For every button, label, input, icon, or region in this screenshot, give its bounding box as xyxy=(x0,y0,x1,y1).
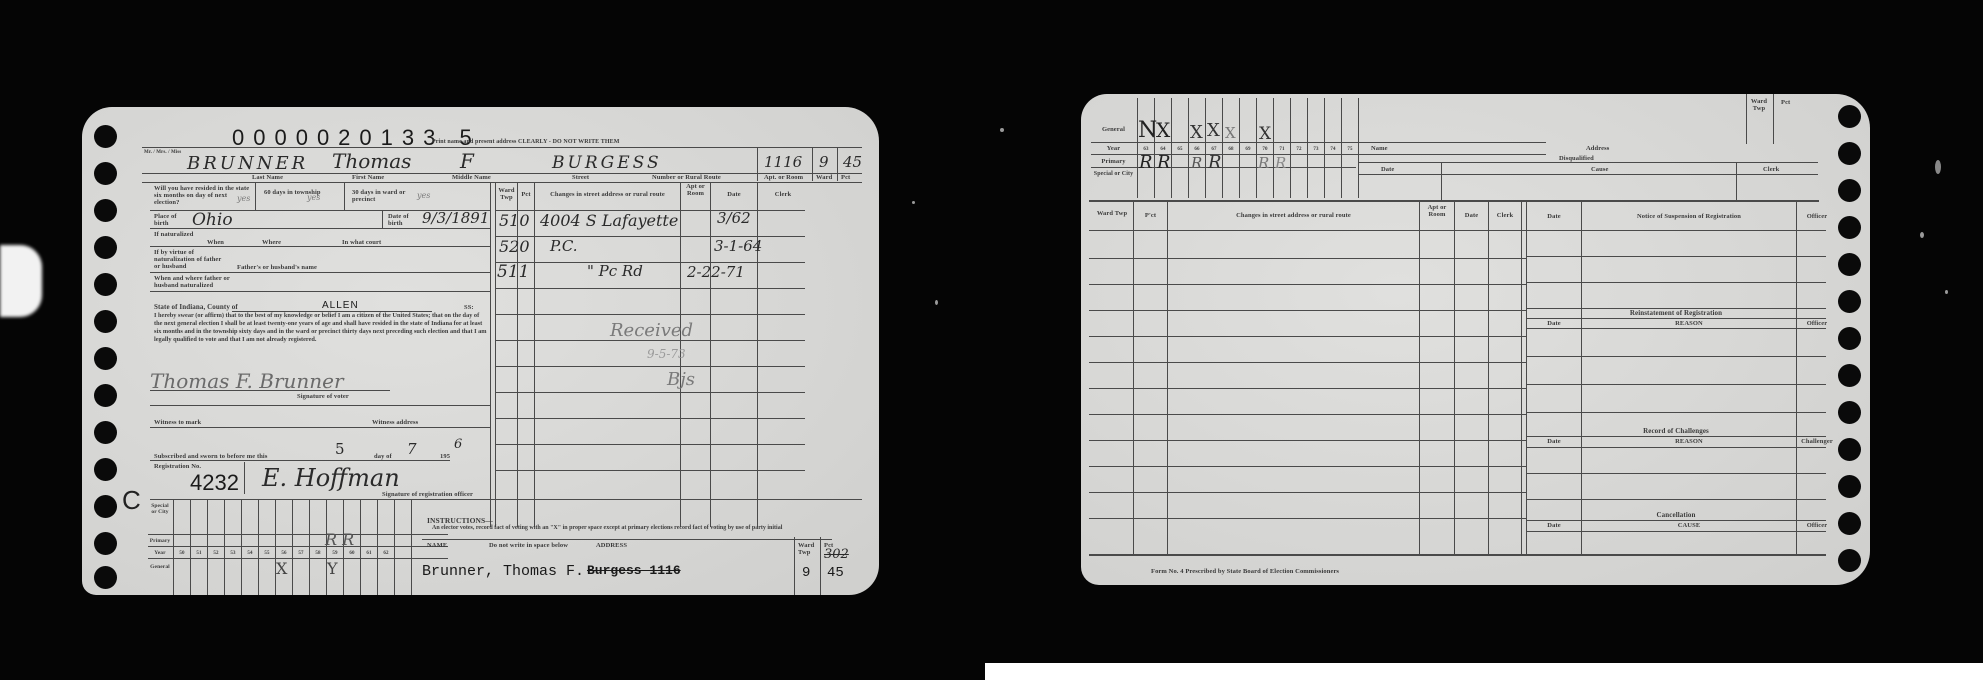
col-pct: P'ct xyxy=(1134,212,1167,219)
stub-typed-name: Brunner, Thomas F. xyxy=(422,563,584,580)
cell-note: Received xyxy=(610,320,693,341)
label-last-name: Last Name xyxy=(252,174,283,181)
label-registration-no: Registration No. xyxy=(154,463,201,470)
label-clerk: Clerk xyxy=(1763,166,1779,173)
cell-ward: 520 xyxy=(499,237,530,256)
suspension-col-officer: Officer xyxy=(1797,213,1837,220)
street-name: BURGESS xyxy=(552,153,662,173)
primary-mark: R xyxy=(1208,152,1222,173)
year-cell: 68 xyxy=(1223,146,1239,153)
dust-speck xyxy=(912,201,915,204)
col-clerk: Clerk xyxy=(1489,212,1521,219)
voter-registration-card-front: C 0000020133 5 Print name and present ad… xyxy=(82,107,879,595)
year-cell: 69 xyxy=(1240,146,1256,153)
dust-speck xyxy=(1920,232,1924,238)
oath-text: I hereby swear (or affirm) that to the b… xyxy=(154,312,488,344)
year-cell: 60 xyxy=(344,550,360,557)
punch-hole xyxy=(94,566,117,589)
primary-mark: R xyxy=(1157,152,1171,173)
year-cell: 57 xyxy=(293,550,309,557)
punch-hole xyxy=(94,421,117,444)
scan-border xyxy=(985,663,1983,680)
col-clerk: Clerk xyxy=(758,191,808,198)
year-cell: 55 xyxy=(259,550,275,557)
label-cause: Cause xyxy=(1591,166,1608,173)
year-cell: 51 xyxy=(191,550,207,557)
col-pct: Pct xyxy=(518,191,534,198)
label-when-where: When and where father or husband natural… xyxy=(154,275,234,289)
general-x-mark: N xyxy=(1138,118,1157,143)
cell-date: 3/62 xyxy=(717,209,751,227)
primary-mark: R xyxy=(1258,154,1269,172)
col-changes: Changes in street address or rural route xyxy=(1168,212,1419,219)
label-date-of-birth: Date of birth xyxy=(388,213,416,227)
row-general: General xyxy=(148,564,172,571)
year-cell: 50 xyxy=(174,550,190,557)
year-cell: 70 xyxy=(1257,146,1273,153)
label-father-name: Father's or husband's name xyxy=(237,264,317,271)
col-date: Date xyxy=(1455,212,1488,219)
label-ward-twp: Ward Twp xyxy=(1749,98,1769,112)
instructions-title: INSTRUCTIONS— xyxy=(427,517,493,524)
q-ward: 30 days in ward or precinct xyxy=(352,189,422,203)
general-x-mark: X xyxy=(1207,120,1220,141)
label-place-of-birth: Place of birth xyxy=(154,213,184,227)
year-cell: 71 xyxy=(1274,146,1290,153)
general-x-mark: X xyxy=(1156,118,1170,142)
label-witness-mark: Witness to mark xyxy=(154,419,201,426)
col-apt: Apt or Room xyxy=(1420,204,1454,218)
punch-hole xyxy=(1838,475,1861,498)
stub-pct-old: 302 xyxy=(824,547,849,562)
general-x-mark: X xyxy=(1190,122,1203,143)
year-cell: 66 xyxy=(1189,146,1205,153)
cell-address: P.C. xyxy=(550,237,578,255)
punch-hole xyxy=(94,199,117,222)
suspension-col-date: Date xyxy=(1527,213,1581,220)
cancellation-col-date: Date xyxy=(1527,522,1581,529)
challenges-title: Record of Challenges xyxy=(1526,428,1826,435)
reinstatement-col-officer: Officer xyxy=(1797,320,1837,327)
first-name: Thomas xyxy=(332,149,411,173)
cell-ward: 511 xyxy=(497,262,529,282)
row-general: General xyxy=(1091,126,1136,133)
label-where: Where xyxy=(262,239,281,246)
punch-hole xyxy=(94,384,117,407)
sworn-month: 7 xyxy=(407,440,417,458)
row-special: Special or City xyxy=(1091,171,1136,178)
stub-typed-address: Burgess 1116 xyxy=(587,563,681,578)
label-ss: SS: xyxy=(464,304,474,311)
cell-ward: 510 xyxy=(499,211,530,230)
cell-address: " Pc Rd xyxy=(587,262,643,280)
dust-speck xyxy=(1000,128,1004,132)
punch-hole xyxy=(1838,216,1861,239)
stub-pct: 45 xyxy=(827,565,844,581)
col-date: Date xyxy=(711,191,757,198)
label-pct: Pct xyxy=(841,174,850,181)
cell-note: 9-5-73 xyxy=(647,347,686,361)
a-township: yes xyxy=(307,193,320,202)
challenges-col-date: Date xyxy=(1527,438,1581,445)
primary-mark: R xyxy=(1139,152,1153,173)
label-ward: Ward xyxy=(816,174,832,181)
label-address: Address xyxy=(1586,145,1609,152)
year-cell: 74 xyxy=(1325,146,1341,153)
general-x-mark: X xyxy=(1259,124,1271,144)
label-subscribed: Subscribed and sworn to before me this xyxy=(154,453,267,460)
year-cell: 58 xyxy=(310,550,326,557)
margin-letter: C xyxy=(122,485,141,516)
col-ward-twp: Ward Twp xyxy=(1091,210,1133,217)
header-instruction: Print name and present address CLEARLY -… xyxy=(432,139,620,146)
county: ALLEN xyxy=(322,300,359,311)
suspension-col-notice: Notice of Suspension of Registration xyxy=(1582,213,1796,220)
punch-hole xyxy=(94,125,117,148)
punch-hole xyxy=(1838,512,1861,535)
dust-speck xyxy=(935,300,938,305)
stub-ward-label: Ward Twp xyxy=(798,542,818,556)
label-pct: Pct xyxy=(1781,99,1790,106)
row-primary: Primary xyxy=(148,538,172,545)
punch-hole xyxy=(1838,327,1861,350)
label-virtue: If by virtue of naturalization of father… xyxy=(154,249,229,270)
title-prefix: Mr. / Mrs. / Miss xyxy=(144,150,156,156)
dust-speck xyxy=(1945,290,1948,294)
label-disqualified: Disqualified xyxy=(1559,155,1594,162)
punch-hole xyxy=(1838,438,1861,461)
sworn-year-prefix: 195 xyxy=(440,453,450,460)
reinstatement-col-reason: REASON xyxy=(1582,320,1796,327)
punch-hole xyxy=(94,236,117,259)
year-cell: 59 xyxy=(327,550,343,557)
punch-hole xyxy=(94,162,117,185)
sworn-year-suffix: 6 xyxy=(454,437,462,452)
cell-note: Bjs xyxy=(667,369,695,390)
last-name: BRUNNER xyxy=(187,153,308,174)
a-ward: yes xyxy=(417,191,430,200)
label-date: Date xyxy=(1381,166,1394,173)
punch-hole xyxy=(94,273,117,296)
row-primary: Primary xyxy=(1091,158,1136,165)
punch-hole xyxy=(94,347,117,370)
label-middle-name: Middle Name xyxy=(452,174,491,181)
col-apt: Apt or Room xyxy=(681,183,710,197)
label-voter-signature: Signature of voter xyxy=(297,393,349,400)
instructions-text: An elector votes, record fact of voting … xyxy=(432,525,842,532)
general-x-mark: X xyxy=(1225,124,1236,142)
cancellation-col-officer: Officer xyxy=(1797,522,1837,529)
year-cell: 75 xyxy=(1342,146,1358,153)
punch-hole xyxy=(1838,401,1861,424)
row-year: Year xyxy=(1091,145,1136,152)
label-state-county: State of Indiana, County of xyxy=(154,304,238,311)
label-if-naturalized: If naturalized xyxy=(154,231,194,238)
punch-hole xyxy=(1838,105,1861,128)
challenges-col-challenger: Challenger xyxy=(1797,438,1837,445)
stub-address-label: ADDRESS xyxy=(596,542,627,549)
general-x-mark: Y xyxy=(327,559,338,578)
year-cell: 53 xyxy=(225,550,241,557)
cancellation-col-cause: CAUSE xyxy=(1582,522,1796,529)
reinstatement-col-date: Date xyxy=(1527,320,1581,327)
officer-signature: E. Hoffman xyxy=(262,464,400,492)
light-glare xyxy=(0,245,42,317)
date-of-birth: 9/3/1891 xyxy=(422,209,489,227)
label-first-name: First Name xyxy=(352,174,384,181)
precinct: 45 xyxy=(843,153,862,171)
year-cell: 62 xyxy=(378,550,394,557)
punch-hole xyxy=(1838,253,1861,276)
year-cell: 72 xyxy=(1291,146,1307,153)
year-cell: 65 xyxy=(1172,146,1188,153)
punch-hole xyxy=(94,458,117,481)
a-residency-state: yes xyxy=(237,194,250,203)
registration-number: 4232 xyxy=(190,470,239,496)
cell-address: 4004 S Lafayette xyxy=(540,211,678,230)
year-cell: 61 xyxy=(361,550,377,557)
label-apt: Apt. or Room xyxy=(764,174,803,181)
house-number: 1116 xyxy=(764,153,802,171)
label-number: Number or Rural Route xyxy=(652,174,721,181)
year-cell: 73 xyxy=(1308,146,1324,153)
punch-hole xyxy=(1838,179,1861,202)
middle-initial: F xyxy=(460,149,474,173)
col-changes: Changes in street address or rural route xyxy=(535,191,680,198)
stub-do-not-write: Do not write in space below xyxy=(489,542,568,549)
punch-hole xyxy=(1838,290,1861,313)
sworn-day: 5 xyxy=(335,440,345,458)
primary-marks: R R xyxy=(325,530,354,549)
punch-hole xyxy=(1838,364,1861,387)
primary-mark: R xyxy=(1275,154,1286,172)
row-special: Special or City xyxy=(148,503,172,515)
punch-hole xyxy=(1838,142,1861,165)
primary-mark: R xyxy=(1191,154,1202,172)
col-ward-twp: Ward Twp xyxy=(496,187,517,201)
label-officer-signature: Signature of registration officer xyxy=(382,491,473,498)
general-x-mark: X xyxy=(276,559,287,578)
punch-hole xyxy=(94,310,117,333)
voter-registration-card-back: General Year Primary Special or City 63 … xyxy=(1081,94,1870,585)
label-court: In what court xyxy=(342,239,381,246)
year-cell: 56 xyxy=(276,550,292,557)
stub-ward: 9 xyxy=(802,565,810,581)
dust-speck xyxy=(1935,160,1941,174)
cancellation-title: Cancellation xyxy=(1526,512,1826,519)
challenges-col-reason: REASON xyxy=(1582,438,1796,445)
label-witness-address: Witness address xyxy=(372,419,418,426)
cell-date: 2-22-71 xyxy=(687,263,745,281)
label-street: Street xyxy=(572,174,589,181)
cell-date: 3-1-64 xyxy=(714,237,762,255)
row-year: Year xyxy=(148,550,172,557)
reinstatement-title: Reinstatement of Registration xyxy=(1526,310,1826,317)
form-footer: Form No. 4 Prescribed by State Board of … xyxy=(1151,568,1339,575)
label-when: When xyxy=(207,239,224,246)
ward: 9 xyxy=(819,153,829,171)
label-day-of: day of xyxy=(374,453,392,460)
punch-hole xyxy=(1838,549,1861,572)
punch-hole xyxy=(94,495,117,518)
year-cell: 52 xyxy=(208,550,224,557)
year-cell: 54 xyxy=(242,550,258,557)
punch-hole xyxy=(94,532,117,555)
stub-name-label: NAME xyxy=(427,542,447,549)
place-of-birth: Ohio xyxy=(192,210,233,230)
label-name: Name xyxy=(1371,145,1388,152)
